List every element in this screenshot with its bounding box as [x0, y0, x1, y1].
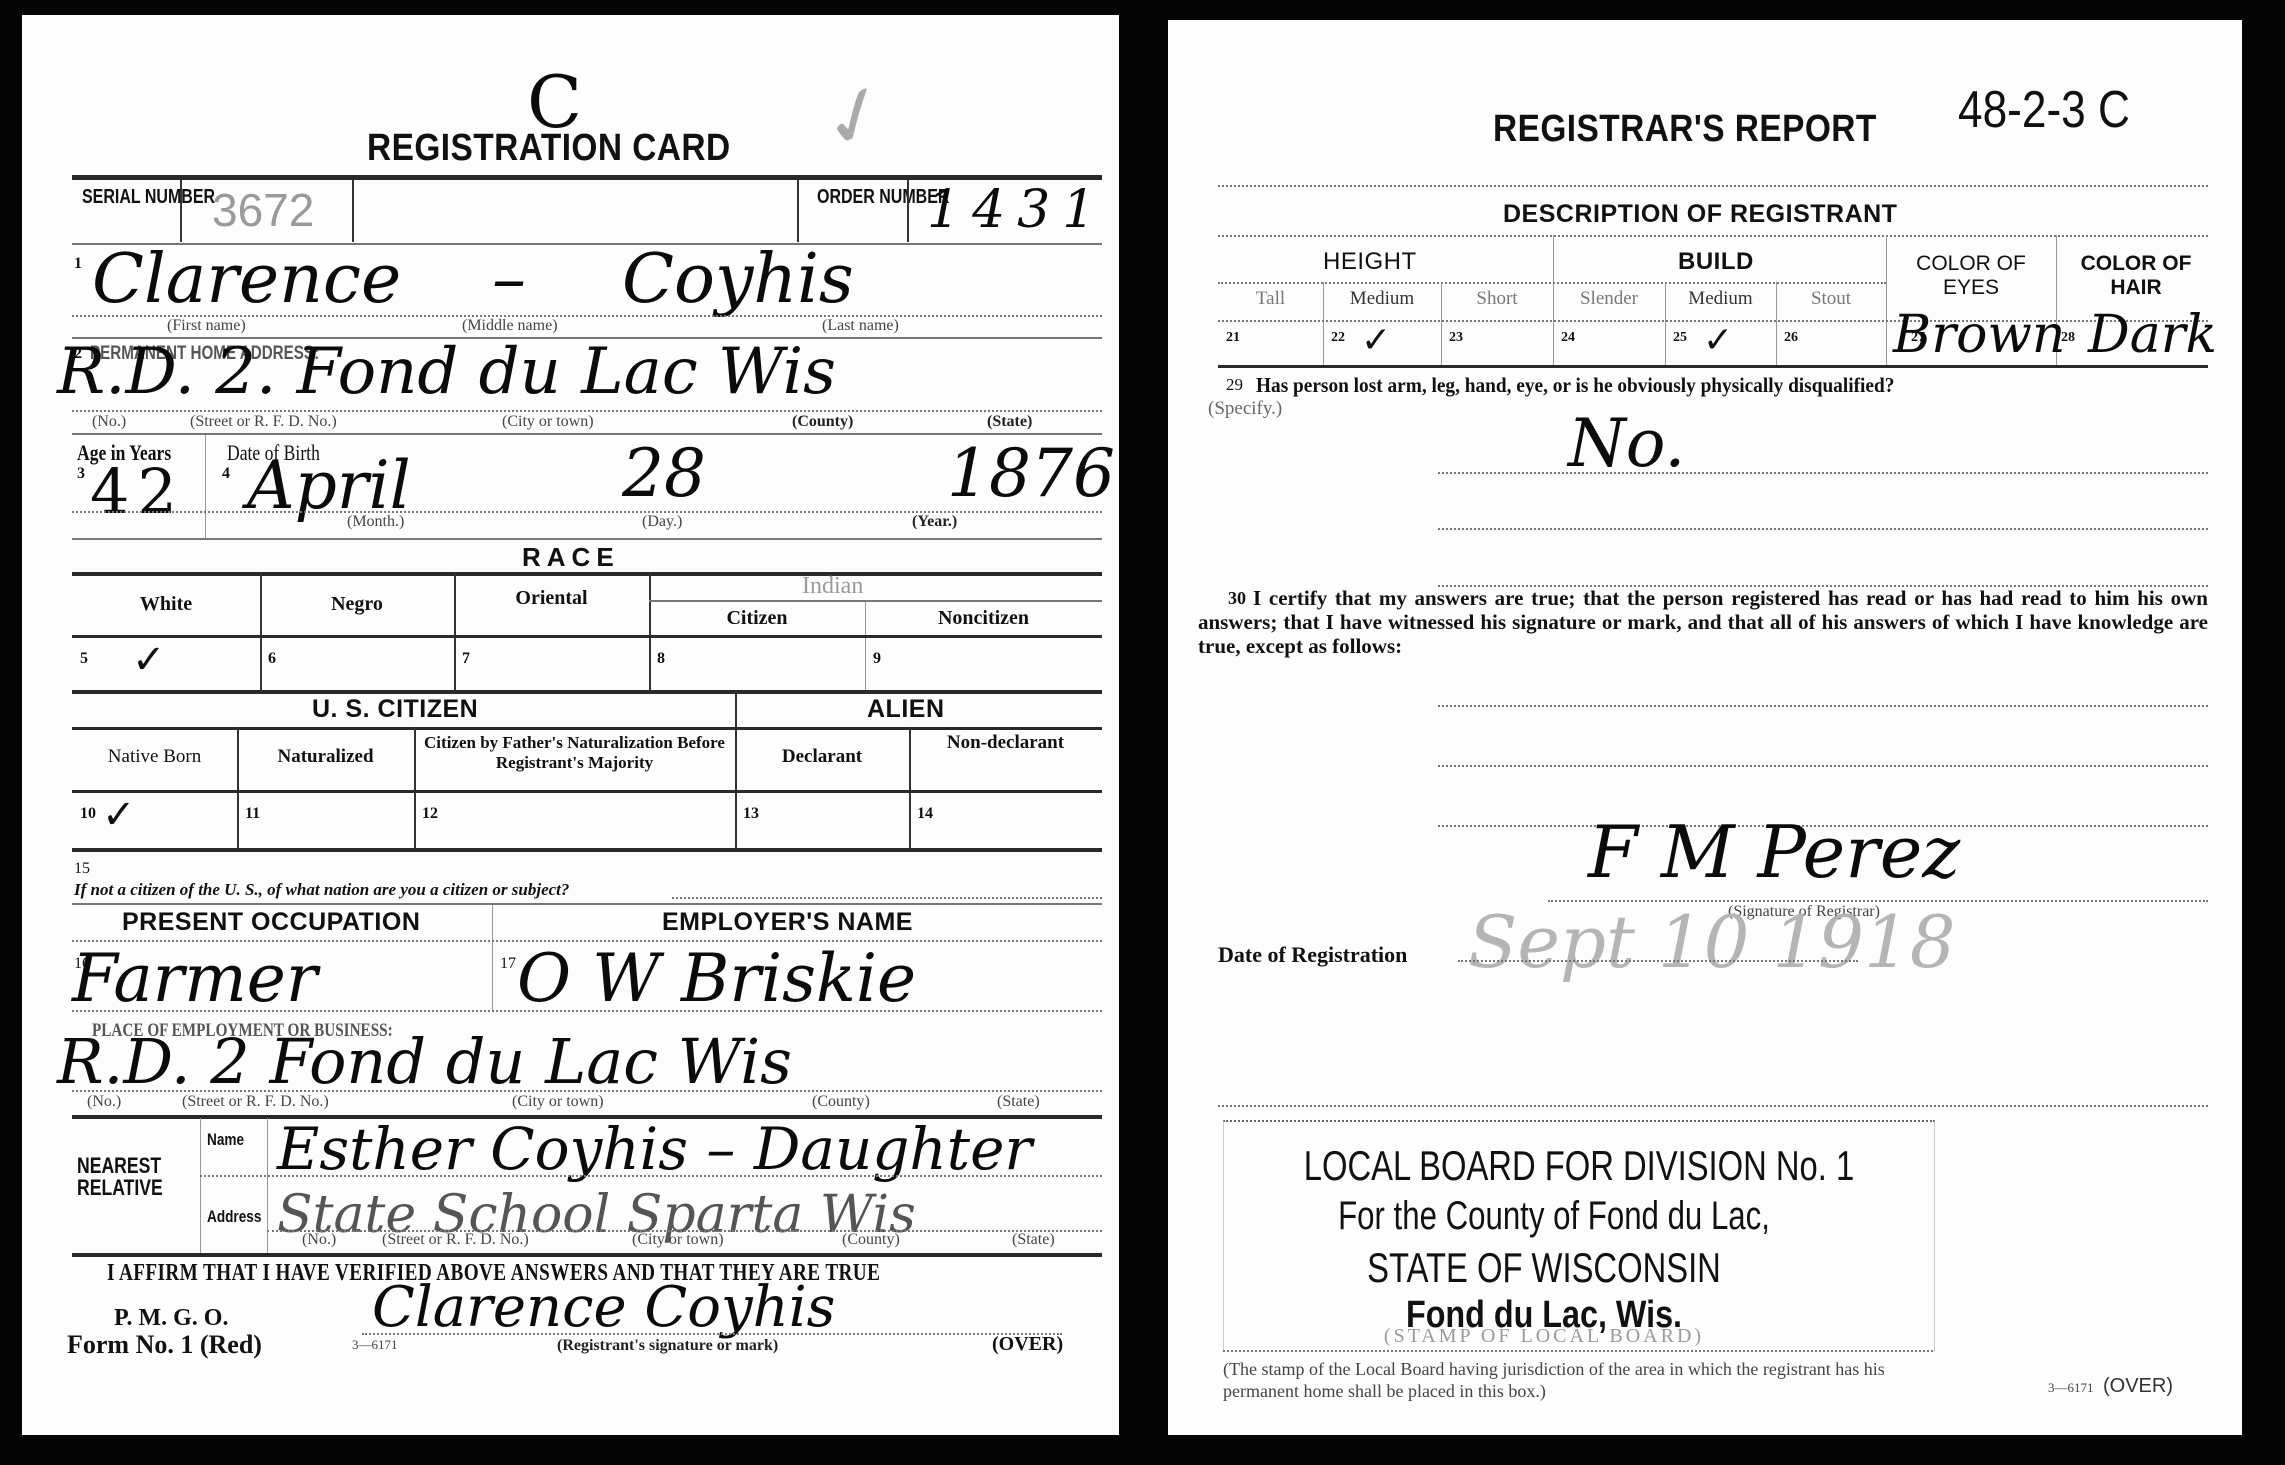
relative-name-label: Name	[207, 1130, 244, 1150]
height-heading: HEIGHT	[1323, 248, 1417, 276]
race-column-label: White	[72, 593, 260, 616]
order-number-value: 1431	[927, 180, 1107, 240]
field-number: 17	[500, 955, 516, 973]
serial-number-label: SERIAL NUMBER	[82, 187, 146, 207]
hair-heading: COLOR OF HAIR	[2056, 252, 2216, 300]
citizenship-column-label: Native Born	[72, 747, 237, 767]
over-label: (OVER)	[2103, 1375, 2173, 1398]
divider	[1438, 528, 2208, 530]
check-mark-icon: ✓	[132, 637, 166, 683]
stamp-box: LOCAL BOARD FOR DIVISION No. 1 For the C…	[1223, 1120, 1935, 1352]
form-code: 3—6171	[2048, 1380, 2094, 1396]
divider	[72, 1010, 1102, 1012]
stamp-caption: (STAMP OF LOCAL BOARD)	[1224, 1325, 1864, 1348]
description-column-label: Medium	[1665, 288, 1776, 310]
divider	[1218, 365, 2208, 368]
divider	[72, 572, 1102, 576]
stamp-line-2: For the County of Fond du Lac,	[1297, 1194, 1812, 1239]
divider	[1218, 282, 1886, 284]
check-mark-icon: ✓	[1361, 320, 1391, 361]
dob-day-value: 28	[622, 435, 706, 512]
divider	[1776, 282, 1777, 365]
divider	[797, 180, 799, 242]
description-heading: DESCRIPTION OF REGISTRANT	[1503, 200, 1897, 229]
serial-number-value: 3672	[212, 183, 314, 237]
caption-street: (Street or R. F. D. No.)	[382, 1231, 529, 1249]
registrars-report-card: REGISTRAR'S REPORT 48-2-3 C DESCRIPTION …	[1168, 20, 2242, 1435]
employment-place-value: R.D. 2 Fond du Lac Wis	[57, 1025, 792, 1098]
divider	[352, 180, 354, 242]
caption-no: (No.)	[92, 413, 126, 431]
race-column-label: Negro	[260, 593, 454, 616]
divider	[362, 1333, 1062, 1335]
divider	[1665, 282, 1666, 365]
check-mark-icon: ✓	[1703, 320, 1733, 361]
form-issuer: P. M. G. O.	[114, 1305, 228, 1332]
divider	[200, 1175, 1102, 1177]
divider	[1441, 282, 1442, 365]
divider	[1438, 472, 2208, 474]
race-checkbox[interactable]	[260, 637, 454, 689]
caption-last-name: (Last name)	[822, 317, 899, 335]
field-number: 4	[222, 465, 230, 483]
field-number: 15	[74, 860, 90, 878]
caption-city: (City or town)	[512, 1093, 604, 1111]
caption-county: (County)	[842, 1231, 900, 1249]
race-column-label: Oriental	[454, 587, 649, 610]
race-checkbox[interactable]: ✓	[72, 637, 260, 689]
divider	[72, 410, 1102, 412]
employer-value: O W Briskie	[517, 940, 916, 1017]
check-mark-icon: ✓	[102, 792, 136, 838]
citizenship-checkbox[interactable]: ✓	[72, 792, 237, 847]
last-name-value: Coyhis	[622, 240, 854, 319]
divider	[72, 538, 1102, 540]
relative-name-value: Esther Coyhis – Daughter	[277, 1115, 1032, 1183]
registrant-signature: Clarence Coyhis	[372, 1275, 835, 1340]
divider	[1438, 765, 2208, 767]
race-checkbox[interactable]	[454, 637, 649, 689]
description-column-label: Short	[1441, 288, 1553, 310]
race-column-label: Citizen	[649, 607, 865, 630]
eyes-value: Brown	[1893, 305, 2065, 365]
eyes-heading: COLOR OF EYES	[1886, 252, 2056, 300]
divider	[907, 180, 909, 242]
date-registration-value: Sept 10 1918	[1468, 900, 1956, 984]
report-title: REGISTRAR'S REPORT	[1493, 108, 1877, 151]
q30-text: I certify that my answers are true; that…	[1198, 586, 2208, 658]
divider	[72, 903, 1102, 905]
q29-text: Has person lost arm, leg, hand, eye, or …	[1256, 373, 1894, 398]
caption-street: (Street or R. F. D. No.)	[182, 1093, 329, 1111]
race-heading: RACE	[522, 542, 620, 573]
stamp-line-3: STATE OF WISCONSIN	[1294, 1244, 1793, 1292]
caption-city: (City or town)	[632, 1231, 724, 1249]
divider	[649, 600, 1102, 602]
nearest-relative-label: NEAREST RELATIVE	[77, 1155, 173, 1199]
divider	[1458, 960, 1858, 962]
divider	[72, 790, 1102, 793]
caption-month: (Month.)	[347, 513, 404, 531]
divider	[672, 897, 1102, 899]
caption-city: (City or town)	[502, 413, 594, 431]
caption-county: (County)	[792, 413, 853, 431]
form-id: Form No. 1 (Red)	[67, 1330, 262, 1360]
divider	[72, 690, 1102, 694]
divider	[1218, 1105, 2208, 1107]
citizenship-column-label: Non-declarant	[909, 733, 1102, 753]
description-checkbox[interactable]: ✓	[1665, 322, 1776, 364]
divider	[1323, 282, 1324, 365]
nation-question: If not a citizen of the U. S., of what n…	[74, 880, 569, 900]
us-citizen-heading: U. S. CITIZEN	[312, 695, 478, 724]
race-column-label: Noncitizen	[865, 607, 1102, 630]
occupation-heading: PRESENT OCCUPATION	[122, 908, 420, 937]
caption-no: (No.)	[302, 1231, 336, 1249]
citizenship-checkbox[interactable]	[909, 792, 1102, 847]
alien-heading: ALIEN	[867, 695, 945, 724]
citizenship-column-label: Naturalized	[237, 747, 414, 767]
dob-year-value: 1876	[947, 435, 1115, 512]
description-checkbox[interactable]	[1441, 322, 1553, 364]
caption-street: (Street or R. F. D. No.)	[190, 413, 337, 431]
divider	[72, 848, 1102, 852]
employer-heading: EMPLOYER'S NAME	[662, 908, 913, 937]
file-code: 48-2-3 C	[1958, 80, 2130, 140]
divider	[267, 1118, 268, 1253]
description-column-label: Tall	[1218, 288, 1323, 310]
home-address-value: R.D. 2. Fond du Lac Wis	[57, 335, 836, 409]
caption-state: (State)	[997, 1093, 1040, 1111]
caption-state: (State)	[987, 413, 1032, 431]
divider	[180, 180, 182, 242]
date-registration-label: Date of Registration	[1218, 942, 1407, 968]
field-number: 3	[77, 465, 85, 483]
divider	[200, 1118, 201, 1253]
field-number: 29	[1226, 375, 1243, 395]
order-number-label: ORDER NUMBER	[817, 187, 881, 207]
build-heading: BUILD	[1678, 248, 1754, 276]
race-checkbox[interactable]	[649, 637, 865, 689]
divider	[72, 635, 1102, 638]
description-checkbox[interactable]	[1218, 322, 1323, 364]
caption-state: (State)	[1012, 1231, 1055, 1249]
age-value: 42	[90, 455, 185, 528]
description-checkbox[interactable]: ✓	[1323, 322, 1441, 364]
signature-caption: (Registrant's signature or mark)	[557, 1337, 778, 1355]
citizenship-column-label: Declarant	[735, 747, 909, 767]
citizenship-checkbox[interactable]	[735, 792, 909, 847]
q29-specify: (Specify.)	[1208, 398, 1282, 420]
description-checkbox[interactable]	[1776, 322, 1886, 364]
race-checkbox[interactable]	[865, 637, 1102, 689]
q29-answer: No.	[1568, 405, 1685, 482]
citizenship-checkbox[interactable]	[237, 792, 414, 847]
description-checkbox[interactable]	[1553, 322, 1665, 364]
name-dash: –	[492, 240, 526, 319]
caption-first-name: (First name)	[167, 317, 246, 335]
caption-year: (Year.)	[912, 513, 957, 531]
card-title: REGISTRATION CARD	[367, 127, 731, 170]
divider	[72, 1253, 1102, 1257]
description-column-label: Medium	[1323, 288, 1441, 310]
first-name-value: Clarence	[92, 240, 401, 319]
divider	[205, 435, 206, 540]
check-mark-icon: ✓	[808, 61, 903, 171]
stamp-line-1: LOCAL BOARD FOR DIVISION No. 1	[1302, 1142, 1856, 1190]
divider	[1218, 235, 2208, 237]
relative-address-value: State School Sparta Wis	[277, 1185, 916, 1245]
citizenship-column-label: Citizen by Father's Naturalization Befor…	[414, 733, 735, 773]
citizenship-checkbox[interactable]	[414, 792, 735, 847]
field-number: 28	[2061, 330, 2075, 346]
registration-card: C ✓ REGISTRATION CARD SERIAL NUMBER 3672…	[22, 15, 1119, 1435]
divider	[492, 905, 493, 1010]
description-column-label: Slender	[1553, 288, 1665, 310]
divider	[1223, 1350, 1933, 1352]
over-label: (OVER)	[992, 1333, 1063, 1356]
caption-middle-name: (Middle name)	[462, 317, 558, 335]
caption-day: (Day.)	[642, 513, 682, 531]
occupation-value: Farmer	[72, 940, 317, 1017]
registrar-signature: F M Perez	[1588, 810, 1960, 894]
divider	[1218, 185, 2208, 187]
hair-value: Dark	[2088, 305, 2217, 365]
caption-county: (County)	[812, 1093, 870, 1111]
relative-address-label: Address	[207, 1207, 261, 1227]
caption-no: (No.)	[87, 1093, 121, 1111]
form-code: 3—6171	[352, 1337, 398, 1353]
field-number: 1	[74, 255, 82, 273]
divider	[72, 1090, 1102, 1092]
indian-label: Indian	[802, 573, 863, 600]
description-column-label: Stout	[1776, 288, 1886, 310]
divider	[72, 727, 1102, 730]
stamp-note: (The stamp of the Local Board having jur…	[1223, 1358, 1933, 1402]
divider	[1438, 705, 2208, 707]
